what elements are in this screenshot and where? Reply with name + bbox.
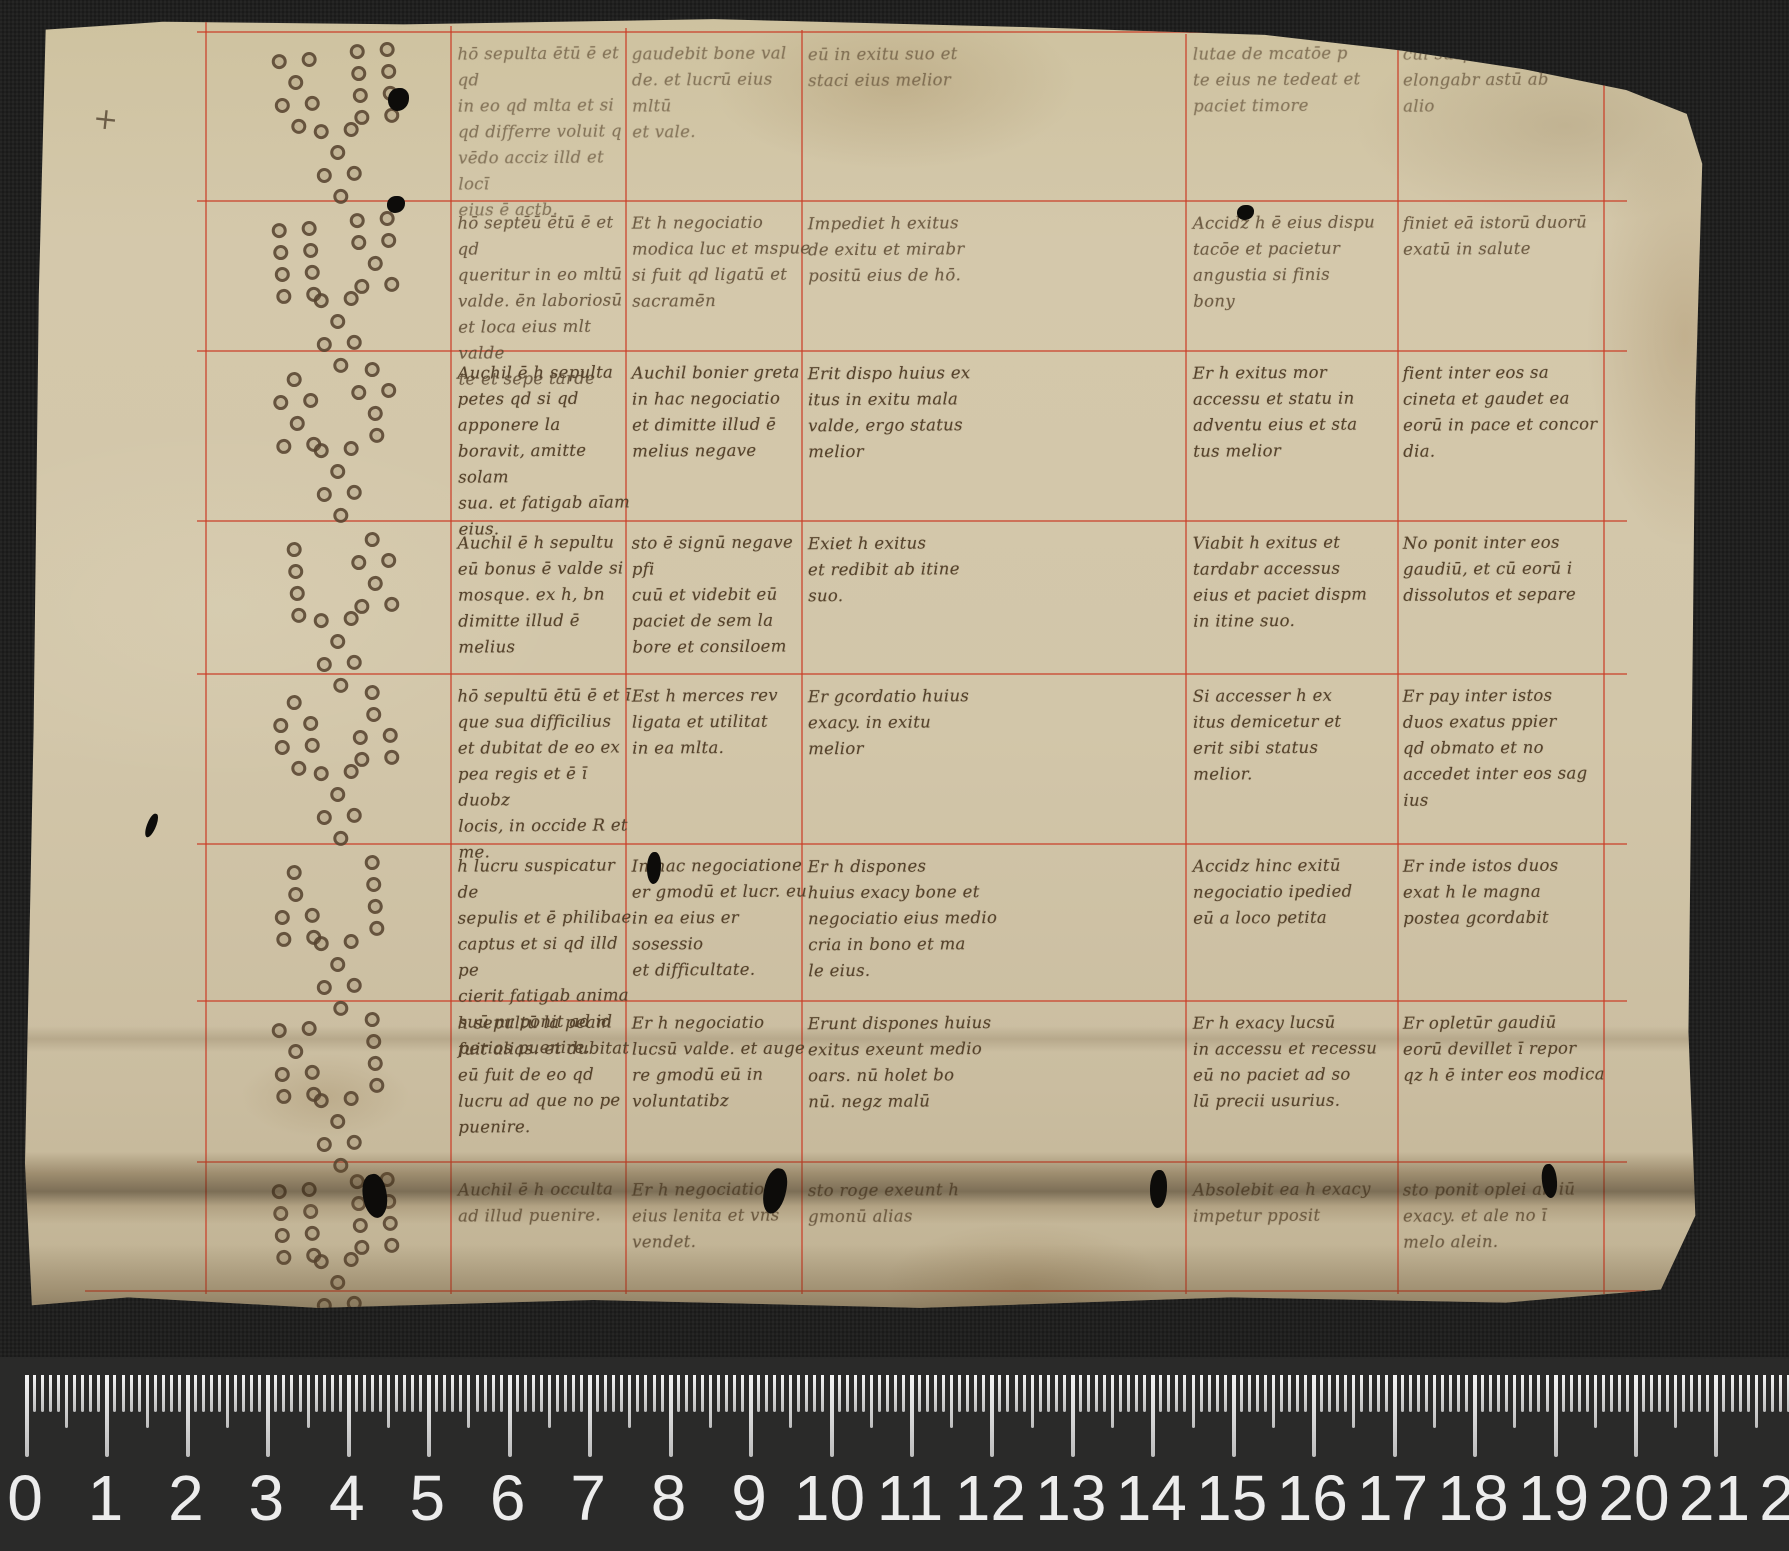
ruler-tick (1465, 1375, 1468, 1412)
ruler-tick (628, 1375, 631, 1428)
ruler-tick (958, 1375, 961, 1412)
ruler-tick (1151, 1375, 1155, 1457)
ruler-tick (846, 1375, 849, 1412)
figure-dot (367, 575, 383, 591)
ruler-tick (677, 1375, 680, 1412)
figure-dot (380, 63, 396, 79)
ruler-tick (1747, 1375, 1750, 1412)
geomantic-figure-right (348, 530, 400, 614)
ruler-tick (540, 1375, 543, 1412)
ruler-tick (459, 1375, 462, 1412)
geomantic-figure-left (270, 370, 322, 454)
ruler-tick (1320, 1375, 1323, 1412)
ruler-tick (516, 1375, 519, 1412)
figure-dot (313, 124, 329, 140)
figure-dot (364, 855, 380, 871)
ruler-tick (1409, 1375, 1412, 1412)
figure-dot (313, 293, 329, 309)
ruler-tick (154, 1375, 157, 1412)
figure-dot (379, 42, 395, 58)
figure-dot (350, 66, 366, 82)
ruler-tick (821, 1375, 824, 1412)
figure-dot (304, 95, 320, 111)
ruler-tick (1481, 1375, 1484, 1412)
ruler-tick (1071, 1375, 1075, 1457)
ruler-tick (1562, 1375, 1565, 1412)
figure-dot (383, 276, 399, 292)
figure-dot (271, 223, 287, 239)
ruler-tick (862, 1375, 865, 1412)
ruler-tick (1216, 1375, 1219, 1412)
figure-dot (290, 118, 306, 134)
figure-dot (343, 1091, 359, 1107)
ruler-tick (1489, 1375, 1492, 1412)
figure-dot (274, 98, 290, 114)
figure-dot (367, 898, 383, 914)
ruler-tick (202, 1375, 205, 1412)
figure-dot (304, 264, 320, 280)
ruler-tick (1023, 1375, 1026, 1412)
judgement-cell: Auchil ē h sepultu eū bonus ē valde si m… (458, 529, 634, 660)
figure-dot (304, 1064, 320, 1080)
ruler-tick (653, 1375, 656, 1412)
ruler-tick (854, 1375, 857, 1412)
ruler-tick (910, 1375, 914, 1457)
geomantic-figure-result (312, 440, 364, 524)
ruler-tick (65, 1375, 68, 1428)
ruler-tick (1360, 1375, 1363, 1412)
ruler-tick (1546, 1375, 1549, 1412)
ruler-tick (620, 1375, 623, 1412)
ruler-tick (476, 1375, 479, 1412)
figure-dot (368, 920, 384, 936)
figure-dot (316, 657, 332, 673)
judgement-cell: gaudebit bone val de. et lucrū eius mltū… (632, 40, 813, 145)
ruler-tick (789, 1375, 792, 1428)
geomantic-figure-left (270, 693, 322, 777)
ruler-tick (717, 1375, 720, 1412)
ruler-tick (942, 1375, 945, 1412)
ruler-tick (1312, 1375, 1316, 1457)
ruler-tick (588, 1375, 592, 1457)
judgement-cell: fient inter eos sa cineta et gaudet ea e… (1403, 359, 1619, 464)
ruler-tick (250, 1375, 253, 1412)
judgement-cell: Auchil bonier greta in hac negociatio et… (632, 359, 813, 464)
ruler-tick (990, 1375, 994, 1457)
ruler-tick (1650, 1375, 1653, 1412)
ruler-tick (1015, 1375, 1018, 1412)
ruler-tick (89, 1375, 92, 1412)
ruler-tick (1264, 1375, 1267, 1412)
ruler-tick (998, 1375, 1001, 1412)
ruler-tick (1642, 1375, 1645, 1412)
ruler-tick (1031, 1375, 1034, 1428)
ruler-tick (49, 1375, 52, 1412)
ruler-tick (379, 1375, 382, 1412)
ruler-tick (1457, 1375, 1460, 1412)
ruler-tick (878, 1375, 881, 1412)
figure-dot (349, 213, 365, 229)
ruler-tick (1529, 1375, 1532, 1412)
figure-dot (313, 613, 329, 629)
ruler-tick (1731, 1375, 1734, 1412)
ruler-tick (830, 1375, 834, 1457)
figure-dot (329, 314, 345, 330)
ruling-col-divider (1185, 34, 1187, 1294)
figure-dot (343, 934, 359, 950)
manuscript-photo: + hō sepulta ētū ē et qd in eo qd mlta e… (0, 0, 1789, 1551)
ruler-tick (1369, 1375, 1372, 1412)
judgement-cell: Er inde istos duos exat h le magna poste… (1403, 852, 1619, 931)
ruler-tick (1393, 1375, 1397, 1457)
ruler-tick (1473, 1375, 1477, 1457)
ruler-tick (709, 1375, 712, 1428)
ruler-tick (1385, 1375, 1388, 1412)
figure-dot (368, 1077, 384, 1093)
ruler-tick (33, 1375, 36, 1412)
ruling-row-line (197, 350, 1627, 352)
ink-blot (388, 88, 409, 111)
judgement-cell: finiet eā istorū duorū exatū in salute (1403, 209, 1618, 262)
figure-dot (287, 564, 303, 580)
ruler-tick (81, 1375, 84, 1412)
ruler-tick (508, 1375, 512, 1457)
figure-dot (274, 910, 290, 926)
figure-dot (332, 1000, 348, 1016)
judgement-cell: cui suspedetur et elongabr astū ab alio (1403, 40, 1619, 119)
ruler-tick (918, 1375, 921, 1412)
ruler-tick (1618, 1375, 1621, 1412)
ruler-tick (347, 1375, 351, 1457)
ruler-tick (1586, 1375, 1589, 1412)
ruling-row-line (197, 31, 1627, 33)
ruler-tick (749, 1375, 753, 1457)
ruler-tick (1449, 1375, 1452, 1412)
ruler-tick (274, 1375, 277, 1412)
figure-dot (343, 764, 359, 780)
figure-dot (316, 487, 332, 503)
ruler-tick (1208, 1375, 1211, 1412)
ruler-tick (532, 1375, 535, 1412)
ruler-tick (435, 1375, 438, 1412)
ruler-cm-label: 22 (1735, 1461, 1789, 1535)
figure-dot (329, 145, 345, 161)
figure-dot (346, 334, 362, 350)
ruler-tick (1441, 1375, 1444, 1412)
ruler-tick (25, 1375, 29, 1457)
ruler-tick (1135, 1375, 1138, 1412)
figure-dot (316, 337, 332, 353)
ruler-tick (701, 1375, 704, 1412)
judgement-cell: Accidz hinc exitū negociatio ipedied eū … (1193, 852, 1394, 931)
ruler-tick (419, 1375, 422, 1412)
ruler-tick (1722, 1375, 1725, 1412)
ruler-tick (765, 1375, 768, 1412)
geomantic-figure-result (312, 763, 364, 847)
figure-dot (367, 405, 383, 421)
figure-dot (272, 718, 288, 734)
ruler-tick (1763, 1375, 1766, 1412)
ruling-left-margin (205, 18, 207, 1294)
ruler-tick (105, 1375, 109, 1457)
geomantic-figure-result (312, 290, 364, 374)
ruler-tick (170, 1375, 173, 1412)
figure-dot (350, 235, 366, 251)
figure-dot (350, 555, 366, 571)
parchment-page: + hō sepulta ētū ē et qd in eo qd mlta e… (25, 6, 1747, 1321)
geomantic-figure-right (348, 683, 400, 767)
figure-dot (383, 749, 399, 765)
ruler-tick (1039, 1375, 1042, 1412)
ruler-tick (1682, 1375, 1685, 1412)
figure-dot (329, 957, 345, 973)
ruler-tick (1658, 1375, 1661, 1412)
ruler-tick (1706, 1375, 1709, 1412)
figure-dot (316, 1137, 332, 1153)
ruler-tick (57, 1375, 60, 1412)
ruler-tick (1047, 1375, 1050, 1412)
ruling-col-divider (1397, 40, 1399, 1294)
ink-blot (143, 812, 160, 839)
ruler-tick (1602, 1375, 1605, 1412)
ruler-tick (1433, 1375, 1436, 1428)
margin-cross-mark: + (91, 101, 120, 138)
figure-dot (313, 443, 329, 459)
ruler-tick (974, 1375, 977, 1412)
figure-dot (275, 931, 291, 947)
geomantic-figure-right (348, 1010, 400, 1094)
ruler-tick (1119, 1375, 1122, 1412)
figure-dot (346, 654, 362, 670)
geomantic-figure-left (270, 51, 322, 135)
ruler-tick (492, 1375, 495, 1412)
ruler-tick (1127, 1375, 1130, 1412)
figure-dot (332, 357, 348, 373)
figure-dot (367, 255, 383, 271)
ruler-tick (1167, 1375, 1170, 1412)
ruler-tick (290, 1375, 293, 1412)
ruler-tick (395, 1375, 398, 1412)
ruler-tick (741, 1375, 744, 1412)
geomantic-figure-right (348, 210, 400, 294)
ruler-tick (870, 1375, 873, 1428)
figure-dot (313, 766, 329, 782)
ruling-row-line (197, 673, 1627, 675)
ruler-tick (467, 1375, 470, 1428)
ruler-tick (1698, 1375, 1701, 1412)
figure-dot (380, 232, 396, 248)
ruler-tick (1328, 1375, 1331, 1412)
ruler-tick (1666, 1375, 1669, 1412)
ruler-tick (902, 1375, 905, 1412)
ruler-tick (1103, 1375, 1106, 1412)
ruler-tick (1336, 1375, 1339, 1412)
ruler-tick (1570, 1375, 1573, 1412)
geomantic-figure-right (348, 360, 400, 444)
measurement-ruler: 012345678910111213141516171819202122 (0, 1357, 1789, 1551)
ruler-tick (363, 1375, 366, 1412)
crease-shadow (25, 1026, 1747, 1052)
ruler-tick (451, 1375, 454, 1412)
figure-dot (367, 1055, 383, 1071)
ruler-tick (612, 1375, 615, 1412)
judgement-cell: Et h negociatio modica luc et mspue si f… (632, 209, 813, 314)
ruling-row-line (197, 520, 1627, 522)
ruler-tick (564, 1375, 567, 1412)
judgement-cell: Est h merces rev ligata et utilitat in e… (632, 682, 813, 761)
ruler-tick (580, 1375, 583, 1412)
figure-dot (287, 75, 303, 91)
ruler-tick (604, 1375, 607, 1412)
ruler-tick (323, 1375, 326, 1412)
ruler-tick (355, 1375, 358, 1412)
figure-dot (301, 52, 317, 68)
ruler-tick (1344, 1375, 1347, 1412)
judgement-cell: Accidz h ē eius dispu tacōe et pacietur … (1193, 209, 1394, 314)
figure-dot (332, 1318, 348, 1334)
ruler-tick (886, 1375, 889, 1412)
ruler-tick (1626, 1375, 1629, 1412)
figure-dot (346, 484, 362, 500)
ruler-tick (1690, 1375, 1693, 1412)
ruler-tick (1417, 1375, 1420, 1412)
figure-dot (287, 887, 303, 903)
ruler-tick (1079, 1375, 1082, 1412)
ruler-tick (299, 1375, 302, 1412)
figure-dot (343, 611, 359, 627)
figure-dot (350, 385, 366, 401)
ruler-tick (1224, 1375, 1227, 1412)
figure-dot (272, 245, 288, 261)
ruler-tick (411, 1375, 414, 1412)
figure-dot (286, 372, 302, 388)
ruler-tick (146, 1375, 149, 1428)
judgement-cell: Er h exitus mor accessu et statu in adve… (1193, 359, 1394, 464)
judgement-cell: Si accesser h ex itus demicetur et erit … (1193, 682, 1394, 787)
figure-dot (313, 936, 329, 952)
ruling-row-line (197, 1000, 1627, 1002)
figure-dot (382, 727, 398, 743)
figure-dot (286, 695, 302, 711)
ruler-tick (1771, 1375, 1774, 1412)
ruler-tick (1143, 1375, 1146, 1412)
figure-dot (329, 787, 345, 803)
geomantic-figure-right (348, 41, 400, 125)
figure-dot (313, 1093, 329, 1109)
figure-dot (274, 1228, 290, 1244)
figure-dot (346, 165, 362, 181)
ruler-tick (73, 1375, 76, 1412)
ruler-tick (813, 1375, 816, 1412)
figure-dot (364, 532, 380, 548)
ruler-tick (1554, 1375, 1558, 1457)
figure-dot (352, 88, 368, 104)
geomantic-figure-result (312, 610, 364, 694)
ruler-tick (1288, 1375, 1291, 1412)
figure-dot (383, 596, 399, 612)
figure-dot (332, 188, 348, 204)
ruler-tick (1513, 1375, 1516, 1428)
geomantic-figure-result (312, 121, 364, 205)
figure-dot (329, 464, 345, 480)
geomantic-figure-left (270, 863, 322, 947)
figure-dot (343, 441, 359, 457)
judgement-cell: No ponit inter eos gaudiū, et cū eorū i … (1403, 529, 1619, 608)
judgement-cell: Auchil ē h sepulta petes qd si qd appone… (457, 359, 633, 542)
ruler-tick (693, 1375, 696, 1412)
figure-dot (343, 122, 359, 138)
ruler-tick (1159, 1375, 1162, 1412)
judgement-cell: sto ē signū negave pfi cuū et videbit eū… (632, 529, 813, 660)
ruler-tick (194, 1375, 197, 1412)
ruler-tick (1537, 1375, 1540, 1412)
figure-dot (274, 740, 290, 756)
ruler-tick (524, 1375, 527, 1412)
judgement-cell: Exiet h exitus et redibit ab itine suo. (808, 529, 1179, 610)
ruler-tick (1578, 1375, 1581, 1412)
ruler-tick (500, 1375, 503, 1412)
ruler-tick (97, 1375, 100, 1412)
figure-dot (364, 685, 380, 701)
ruler-tick (282, 1375, 285, 1412)
ruler-tick (1521, 1375, 1524, 1412)
ruler-tick (1111, 1375, 1114, 1428)
judgement-cell: lutae de mcatōe p te eius ne tedeat et p… (1193, 40, 1394, 119)
figure-dot (368, 427, 384, 443)
figure-dot (272, 395, 288, 411)
judgement-cell: hō sepulta ētū ē et qd in eo qd mlta et … (457, 40, 633, 223)
ruler-tick (1377, 1375, 1380, 1412)
ruler-tick (1634, 1375, 1638, 1457)
ruler-tick (1739, 1375, 1742, 1412)
ruler-tick (1240, 1375, 1243, 1412)
figure-dot (329, 634, 345, 650)
ruler-tick (130, 1375, 133, 1412)
figure-dot (274, 267, 290, 283)
figure-dot (349, 44, 365, 60)
ruler-tick (331, 1375, 334, 1412)
ruler-tick (178, 1375, 181, 1412)
figure-dot (346, 1134, 362, 1150)
figure-dot (304, 907, 320, 923)
ruler-tick (1296, 1375, 1299, 1412)
ruler-tick (1055, 1375, 1058, 1412)
bottom-curl-shadow (25, 1244, 1747, 1321)
figure-dot (332, 677, 348, 693)
ruler-tick (234, 1375, 237, 1412)
figure-dot (304, 1225, 320, 1241)
judgement-cell: hō sepultū ētū ē et ī que sua difficiliu… (457, 682, 633, 865)
ruler-tick (1280, 1375, 1283, 1412)
ruler-tick (1779, 1375, 1782, 1412)
figure-dot (286, 542, 302, 558)
figure-dot (365, 877, 381, 893)
figure-dot (316, 810, 332, 826)
ruler-tick (339, 1375, 342, 1412)
figure-dot (329, 1114, 345, 1130)
ruler-tick (1192, 1375, 1195, 1428)
judgement-cell: Erit dispo huius ex itus in exitu mala v… (808, 359, 1179, 466)
ruler-tick (644, 1375, 647, 1412)
ruler-tick (757, 1375, 760, 1412)
figure-dot (316, 168, 332, 184)
figure-dot (275, 438, 291, 454)
judgement-cell: Impediet h exitus de exitu et mirabr pos… (808, 209, 1179, 290)
ruler-tick (1183, 1375, 1186, 1412)
figure-dot (275, 288, 291, 304)
figure-dot (380, 382, 396, 398)
ruling-row-line (197, 843, 1627, 845)
